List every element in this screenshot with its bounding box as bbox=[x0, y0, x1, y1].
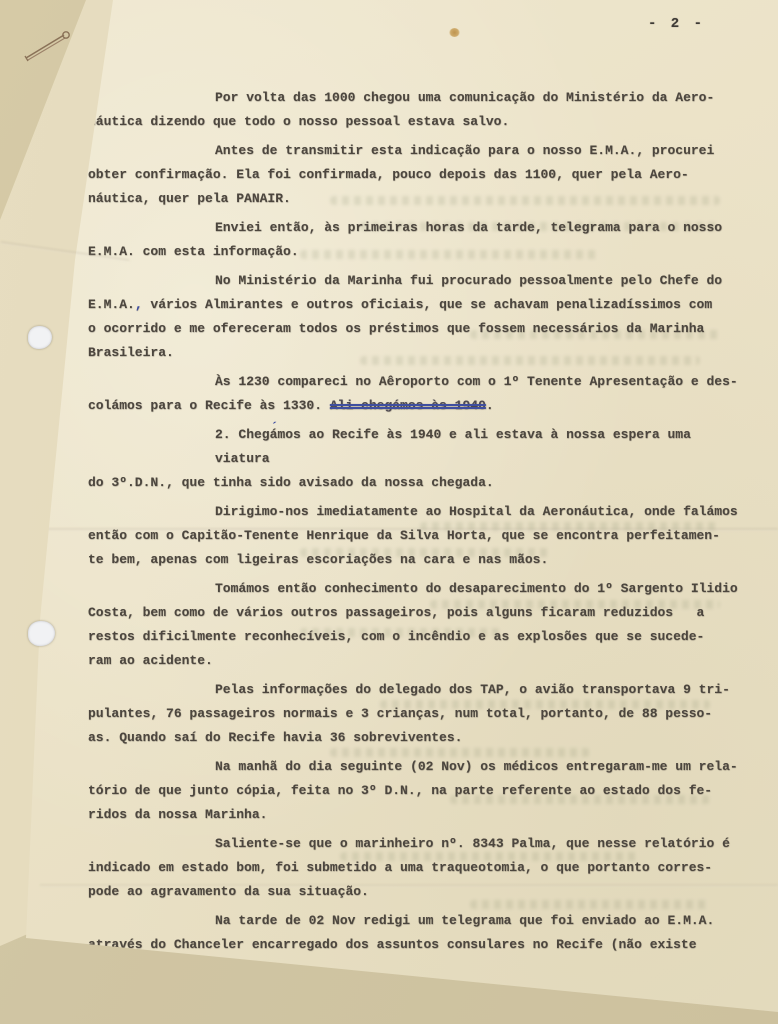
text-line: indicado em estado bom, foi submetido a … bbox=[88, 856, 738, 880]
text-line: 2. Chegámos ao Recife às 1940 e ali esta… bbox=[88, 423, 738, 471]
document-body: Por volta das 1000 chegou uma comunicaçã… bbox=[88, 86, 738, 1021]
typed-text: . bbox=[486, 398, 494, 413]
page: - 2 - Por volta das 1000 chegou uma comu… bbox=[0, 0, 778, 1024]
typed-text: então com o Capitão-Tenente Henrique da … bbox=[88, 528, 720, 543]
text-line: tório de que junto cópia, feita no 3º D.… bbox=[88, 779, 738, 803]
typed-text: ridos da nossa Marinha. bbox=[88, 807, 267, 822]
text-line: náutica dizendo que todo o nosso pessoal… bbox=[88, 110, 738, 134]
typed-text: através do Chanceler encarregado dos ass… bbox=[88, 937, 697, 952]
text-line: Saliente-se que o marinheiro nº. 8343 Pa… bbox=[88, 832, 738, 856]
text-line: Pelas informações do delegado dos TAP, o… bbox=[88, 678, 738, 702]
text-line: o ocorrido e me ofereceram todos os prés… bbox=[88, 317, 738, 341]
text-line: pulantes, 76 passageiros normais e 3 cri… bbox=[88, 702, 738, 726]
typed-text: pode ao agravamento da sua situação. bbox=[88, 884, 369, 899]
paragraph: Às 1230 compareci no Aêroporto com o 1º … bbox=[88, 370, 738, 418]
typed-text: Dirigimo-nos imediatamente ao Hospital d… bbox=[215, 504, 738, 519]
typed-text: Saliente-se que o marinheiro nº. 8343 Pa… bbox=[215, 836, 730, 851]
rust-stain bbox=[449, 28, 460, 37]
text-line: através do Chanceler encarregado dos ass… bbox=[88, 933, 738, 957]
text-line: Dirigimo-nos imediatamente ao Hospital d… bbox=[88, 500, 738, 524]
pin-icon bbox=[20, 26, 75, 66]
paragraph: 2. Chegámos ao Recife às 1940 e ali esta… bbox=[88, 423, 738, 495]
text-line: Por volta das 1000 chegou uma comunicaçã… bbox=[88, 86, 738, 110]
text-line: Brasileira. bbox=[88, 341, 738, 365]
paragraph: Pelas informações do delegado dos TAP, o… bbox=[88, 678, 738, 750]
text-line: restos dificilmente reconhecíveis, com o… bbox=[88, 625, 738, 649]
text-line: E.M.A., vários Almirantes e outros ofici… bbox=[88, 293, 738, 317]
typed-text: Brasileira. bbox=[88, 345, 174, 360]
text-line: náutica, quer pela PANAIR. bbox=[88, 187, 738, 211]
typed-text: Pelas informações do delegado dos TAP, o… bbox=[215, 682, 730, 697]
typed-text: indicado em estado bom, foi submetido a … bbox=[88, 860, 712, 875]
paragraph: Dirigimo-nos imediatamente ao Hospital d… bbox=[88, 500, 738, 572]
annotated-text: á bbox=[270, 423, 278, 447]
text-line: obter confirmação. Ela foi confirmada, p… bbox=[88, 163, 738, 187]
typed-text: mos ao Recife às 1940 e ali estava à nos… bbox=[215, 427, 699, 466]
typed-text: colámos para o Recife às 1330. bbox=[88, 398, 330, 413]
text-line: as. Quando saí do Recife havia 36 sobrev… bbox=[88, 726, 738, 750]
typed-text: ram ao acidente. bbox=[88, 653, 213, 668]
paragraph: Por volta das 1000 chegou uma comunicaçã… bbox=[88, 86, 738, 134]
typed-text: pulantes, 76 passageiros normais e 3 cri… bbox=[88, 706, 712, 721]
page-number: - 2 - bbox=[648, 16, 705, 32]
typed-text: Às 1230 compareci no Aêroporto com o 1º … bbox=[215, 374, 738, 389]
typed-text: 2. Cheg bbox=[215, 427, 270, 442]
text-line: te bem, apenas com ligeiras escoriações … bbox=[88, 548, 738, 572]
typed-text: Por volta das 1000 chegou uma comunicaçã… bbox=[215, 90, 714, 105]
typed-text: Costa, bem como de vários outros passage… bbox=[88, 605, 704, 620]
typed-text: Antes de transmitir esta indicação para … bbox=[215, 143, 714, 158]
text-line: Tomámos então conhecimento do desapareci… bbox=[88, 577, 738, 601]
annotated-text: , bbox=[135, 297, 143, 312]
text-line: pode ao agravamento da sua situação. bbox=[88, 880, 738, 904]
typed-text: obter confirmação. Ela foi confirmada, p… bbox=[88, 167, 689, 182]
text-line: ram ao acidente. bbox=[88, 649, 738, 673]
typed-text: Tomámos então conhecimento do desapareci… bbox=[215, 581, 738, 596]
typed-text: náutica, quer pela PANAIR. bbox=[88, 191, 291, 206]
text-line: No Ministério da Marinha fui procurado p… bbox=[88, 269, 738, 293]
typed-text: Enviei então, às primeiras horas da tard… bbox=[215, 220, 722, 235]
text-line: Costa, bem como de vários outros passage… bbox=[88, 601, 738, 625]
text-line: ridos da nossa Marinha. bbox=[88, 803, 738, 827]
paragraph: Enviei então, às primeiras horas da tard… bbox=[88, 216, 738, 264]
typed-text: restos dificilmente reconhecíveis, com o… bbox=[88, 629, 704, 644]
typed-text: tório de que junto cópia, feita no 3º D.… bbox=[88, 783, 712, 798]
typed-text: o ocorrido e me ofereceram todos os prés… bbox=[88, 321, 704, 336]
text-line: então com o Capitão-Tenente Henrique da … bbox=[88, 524, 738, 548]
typed-text: Na manhã do dia seguinte (02 Nov) os méd… bbox=[215, 759, 738, 774]
typed-text: as. Quando saí do Recife havia 36 sobrev… bbox=[88, 730, 462, 745]
typed-text: No Ministério da Marinha fui procurado p… bbox=[215, 273, 722, 288]
typed-text: te bem, apenas com ligeiras escoriações … bbox=[88, 552, 548, 567]
typed-text: do 3º.D.N., que tinha sido avisado da no… bbox=[88, 475, 494, 490]
text-line: Na tarde de 02 Nov redigi um telegrama q… bbox=[88, 909, 738, 933]
text-line: Às 1230 compareci no Aêroporto com o 1º … bbox=[88, 370, 738, 394]
typed-text: vários Almirantes e outros oficiais, que… bbox=[143, 297, 713, 312]
typed-text: Na tarde de 02 Nov redigi um telegrama q… bbox=[215, 913, 714, 928]
typed-text: náutica dizendo que todo o nosso pessoal… bbox=[88, 114, 509, 129]
scanned-document: - 2 - Por volta das 1000 chegou uma comu… bbox=[0, 0, 778, 1024]
annotated-text: Ali chegámos às 1940 bbox=[330, 398, 486, 413]
text-line: Enviei então, às primeiras horas da tard… bbox=[88, 216, 738, 240]
text-line: Antes de transmitir esta indicação para … bbox=[88, 139, 738, 163]
text-line: colámos para o Recife às 1330. Ali chegá… bbox=[88, 394, 738, 418]
text-line: E.M.A. com esta informação. bbox=[88, 240, 738, 264]
paragraph: Tomámos então conhecimento do desapareci… bbox=[88, 577, 738, 673]
text-line: Na manhã do dia seguinte (02 Nov) os méd… bbox=[88, 755, 738, 779]
paragraph: Na manhã do dia seguinte (02 Nov) os méd… bbox=[88, 755, 738, 827]
paragraph: Saliente-se que o marinheiro nº. 8343 Pa… bbox=[88, 832, 738, 904]
text-line: do 3º.D.N., que tinha sido avisado da no… bbox=[88, 471, 738, 495]
typed-text: E.M.A. bbox=[88, 297, 135, 312]
paragraph: Antes de transmitir esta indicação para … bbox=[88, 139, 738, 211]
paragraph: No Ministério da Marinha fui procurado p… bbox=[88, 269, 738, 365]
